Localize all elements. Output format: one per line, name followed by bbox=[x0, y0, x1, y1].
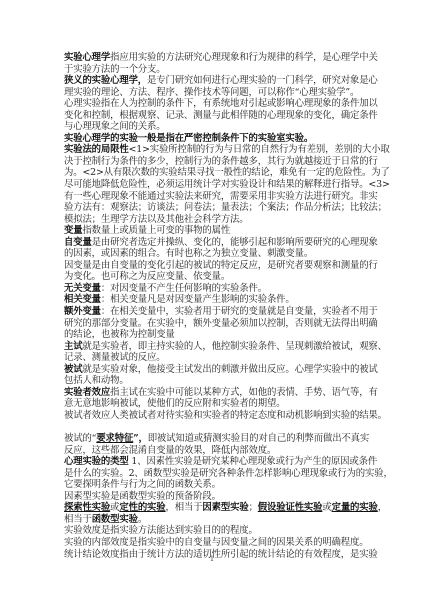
bold-term: 定性的实验 bbox=[119, 502, 165, 513]
text-run: 1、因素性实验是研究某种心理现象或行为产生的原因或条件 bbox=[129, 456, 378, 467]
bold-term: 探索性实验 bbox=[64, 502, 110, 513]
text-run: 尽可能地降低危险性，必须运用统计学对实验设计和结果的解释进行指导。<3> bbox=[64, 179, 390, 190]
bold-term: 假设验证性实验 bbox=[258, 502, 323, 513]
text-run: 是专门研究如何进行心理实验的一门科学，研究对象是心 bbox=[147, 75, 378, 86]
text-line: 心理实验指在人为控制的条件下，有系统地对引起或影响心理现象的条件加以 bbox=[64, 98, 358, 110]
text-run: 。 bbox=[138, 514, 147, 525]
text-line: 实验者效应指主试在实验中可能以某种方式，如他的表情、手势、语气等，有 bbox=[64, 387, 358, 399]
text-line: 无关变量：对因变量不产生任何影响的实验条件。 bbox=[64, 283, 358, 295]
text-run: <1>实验所控制的行为与日常的自然行为有差别，差别的大小取 bbox=[129, 144, 390, 155]
text-run: 验方法有：观察法；访谈法；问卷法；量表法；个案法；作品分析法；比较法； bbox=[64, 202, 387, 213]
text-line: 实验心理学指应用实验的方法研究心理现象和行为规律的科学，是心理学中关 bbox=[64, 52, 358, 64]
text-run: 就是实验对象，他接受主试发出的刺激并做出反应。心理学实验中的被试 bbox=[82, 364, 377, 375]
text-line: 实验心理学的实验一般是指在严密控制条件下的实验室实验。 bbox=[64, 133, 358, 145]
text-run: 就是实验者，即主持实验的人，他控制实验条件、呈现刺激给被试，观察、 bbox=[82, 341, 386, 352]
text-line: 实验效度是指实验方法能达到实验目的的程度。 bbox=[64, 525, 358, 537]
bold-term: 函数型实验 bbox=[92, 514, 138, 525]
text-line: 变化和控制，根据观察、记录、测量与此相伴随的心理现象的变化，确定条件 bbox=[64, 110, 358, 122]
text-run: 指数量上或质量上可变的事物的属性 bbox=[82, 225, 230, 236]
text-run: 因素型实验是函数型实验的预备阶段。 bbox=[64, 491, 221, 502]
bold-term: 额外变量 bbox=[64, 306, 101, 317]
text-run: ：在相关变量中，实验者用于研究的变量就是自变量，实验者不用于 bbox=[101, 306, 378, 317]
bold-term: 狭义的实验心理学， bbox=[64, 75, 147, 86]
text-line: 自变量是由研究者选定并操纵、变化的，能够引起和影响所要研究的心理现象 bbox=[64, 237, 358, 249]
bold-term: 心理实验的类型 bbox=[64, 456, 129, 467]
text-line: 实验法的局限性<1>实验所控制的行为与日常的自然行为有差别，差别的大小取 bbox=[64, 144, 358, 156]
text-run: 包括人和动物。 bbox=[64, 375, 129, 386]
text-line: 模拟法；生理学方法以及其他社会科学方法。 bbox=[64, 214, 358, 226]
text-run: 记录、测量被试的反应。 bbox=[64, 352, 165, 363]
text-run: 指应用实验的方法研究心理现象和行为规律的科学，是心理学中关 bbox=[110, 52, 378, 63]
text-line: 包括人和动物。 bbox=[64, 375, 358, 387]
text-run: 实验效度是指实验方法能达到实验目的的程度。 bbox=[64, 525, 258, 536]
text-run: 决于控制行为条件的多少，控制行为的条件越多，其行为就越接近于日常的行 bbox=[64, 156, 378, 167]
document-page: 实验心理学指应用实验的方法研究心理现象和行为规律的科学，是心理学中关于实验方法的… bbox=[64, 52, 358, 560]
text-line: 于实验方法的一个分支。 bbox=[64, 64, 358, 76]
text-line: 狭义的实验心理学，是专门研究如何进行心理实验的一门科学，研究对象是心 bbox=[64, 75, 358, 87]
text-run: 有一些心理现象不能通过实验法来研究，需要采用非实验方法进行研究。非实 bbox=[64, 191, 378, 202]
bold-term: 实验者效应 bbox=[64, 387, 110, 398]
text-run: 为变化。也可称之为反应变量、依变量。 bbox=[64, 271, 230, 282]
text-line: 理实验的理论、方法、程序、操作技术等问题，可以称作“心理实验学”。 bbox=[64, 87, 358, 99]
bold-term: 要求特征 bbox=[96, 433, 133, 444]
text-run: ：相关变量凡是对因变量产生影响的实验条件。 bbox=[101, 294, 295, 305]
text-line: 变量指数量上或质量上可变的事物的属性 bbox=[64, 225, 358, 237]
bold-term: 无关变量 bbox=[64, 283, 101, 294]
text-run: 因变量是由自变量的变化引起的被试的特定反应，是研究者要观察和测量的行 bbox=[64, 260, 378, 271]
text-line: 探索性实验或定性的实验，相当于因素型实验；假设验证性实验或定量的实验， bbox=[64, 502, 358, 514]
text-run: 理实验的理论、方法、程序、操作技术等问题，可以称作“心理实验学”。 bbox=[64, 87, 359, 98]
text-line: 实验的内部效度是指实验中的自变量与因变量之间的因果关系的明确程度。 bbox=[64, 537, 358, 549]
text-line: 意无意地影响被试，使他们的反应附和实验者的期望。 bbox=[64, 398, 358, 410]
text-run: ； bbox=[249, 502, 258, 513]
text-line: 为变化。也可称之为反应变量、依变量。 bbox=[64, 271, 358, 283]
text-run: 与心理现象之间的关系。 bbox=[64, 121, 165, 132]
text-line: 决于控制行为条件的多少，控制行为的条件越多，其行为就越接近于日常的行 bbox=[64, 156, 358, 168]
text-run: 的结论，也被称为控制变量 bbox=[64, 329, 175, 340]
bold-term: 实验心理学的实验一般是指在严密控制条件下的实验室实验。 bbox=[64, 133, 313, 144]
text-run: 变化和控制，根据观察、记录、测量与此相伴随的心理现象的变化，确定条件 bbox=[64, 110, 378, 121]
text-line: 记录、测量被试的反应。 bbox=[64, 352, 358, 364]
text-line: 相关变量：相关变量凡是对因变量产生影响的实验条件。 bbox=[64, 294, 358, 306]
text-run: 反应，这些都会混淆自变量的效果，降低内部效度。 bbox=[64, 445, 276, 456]
blank-line bbox=[64, 422, 358, 434]
bold-term: ”， bbox=[133, 433, 147, 444]
text-run: ：对因变量不产生任何影响的实验条件。 bbox=[101, 283, 267, 294]
bold-term: 变量 bbox=[64, 225, 82, 236]
bold-term: 相关变量 bbox=[64, 294, 101, 305]
text-line: 被试的“要求特征”，即被试知道或猜测实验目的对自己的利弊而做出不真实 bbox=[64, 433, 358, 445]
text-run: 研究的那部分变量。在实验中，额外变量必须加以控制，否则就无法得出明确 bbox=[64, 318, 378, 329]
text-line: 研究的那部分变量。在实验中，额外变量必须加以控制，否则就无法得出明确 bbox=[64, 318, 358, 330]
text-run: 被试的“ bbox=[64, 433, 96, 444]
text-run: 心理实验指在人为控制的条件下，有系统地对引起或影响心理现象的条件加以 bbox=[64, 98, 378, 109]
bold-term: 被试 bbox=[64, 364, 82, 375]
text-line: 被试就是实验对象，他接受主试发出的刺激并做出反应。心理学实验中的被试 bbox=[64, 364, 358, 376]
bold-term: 自变量 bbox=[64, 237, 92, 248]
text-line: 被试者效应人类被试者对待实验和实验者的特定态度和动机影响到实验的结果。 bbox=[64, 410, 358, 422]
text-run: 为。<2>从有限次数的实验结果寻找一般性的结论，难免有一定的危险性。为了 bbox=[64, 167, 390, 178]
text-run: 或 bbox=[110, 502, 119, 513]
text-line: 的结论，也被称为控制变量 bbox=[64, 329, 358, 341]
text-run: 的因素，或因素的组合。有时也称之为独立变量、刺激变量。 bbox=[64, 248, 313, 259]
text-run: ， bbox=[378, 502, 387, 513]
text-line: 心理实验的类型 1、因素性实验是研究某种心理现象或行为产生的原因或条件 bbox=[64, 456, 358, 468]
text-line: 尽可能地降低危险性，必须运用统计学对实验设计和结果的解释进行指导。<3> bbox=[64, 179, 358, 191]
text-line: 因变量是由自变量的变化引起的被试的特定反应，是研究者要观察和测量的行 bbox=[64, 260, 358, 272]
text-run: 是什么的实验。2、函数型实验是研究各种条件怎样影响心理现象或行为的实验， bbox=[64, 468, 393, 479]
text-line: 反应，这些都会混淆自变量的效果，降低内部效度。 bbox=[64, 445, 358, 457]
text-run: 即被试知道或猜测实验目的对自己的利弊而做出不真实 bbox=[148, 433, 369, 444]
bold-term: 主试 bbox=[64, 341, 82, 352]
text-line: 额外变量：在相关变量中，实验者用于研究的变量就是自变量，实验者不用于 bbox=[64, 306, 358, 318]
text-run: ，相当于 bbox=[166, 502, 203, 513]
bold-term: 定量的实验 bbox=[332, 502, 378, 513]
text-run: 它要探明条件与行为之间的函数关系。 bbox=[64, 479, 221, 490]
text-line: 验方法有：观察法；访谈法；问卷法；量表法；个案法；作品分析法；比较法； bbox=[64, 202, 358, 214]
bold-term: 实验心理学 bbox=[64, 52, 110, 63]
bold-term: 因素型实验 bbox=[202, 502, 248, 513]
bold-term: 实验法的局限性 bbox=[64, 144, 129, 155]
text-run: 或 bbox=[322, 502, 331, 513]
text-run: 实验的内部效度是指实验中的自变量与因变量之间的因果关系的明确程度。 bbox=[64, 537, 368, 548]
text-line: 与心理现象之间的关系。 bbox=[64, 121, 358, 133]
text-run: 被试者效应人类被试者对待实验和实验者的特定态度和动机影响到实验的结果。 bbox=[64, 410, 387, 421]
text-line: 是什么的实验。2、函数型实验是研究各种条件怎样影响心理现象或行为的实验， bbox=[64, 468, 358, 480]
text-line: 为。<2>从有限次数的实验结果寻找一般性的结论，难免有一定的危险性。为了 bbox=[64, 167, 358, 179]
text-line: 因素型实验是函数型实验的预备阶段。 bbox=[64, 491, 358, 503]
text-run: 是由研究者选定并操纵、变化的，能够引起和影响所要研究的心理现象 bbox=[92, 237, 378, 248]
text-line: 的因素，或因素的组合。有时也称之为独立变量、刺激变量。 bbox=[64, 248, 358, 260]
text-line: 相当于函数型实验。 bbox=[64, 514, 358, 526]
text-line: 它要探明条件与行为之间的函数关系。 bbox=[64, 479, 358, 491]
page-number: 1 bbox=[0, 555, 424, 563]
text-run: 模拟法；生理学方法以及其他社会科学方法。 bbox=[64, 214, 249, 225]
text-line: 主试就是实验者，即主持实验的人，他控制实验条件、呈现刺激给被试，观察、 bbox=[64, 341, 358, 353]
text-run: 意无意地影响被试，使他们的反应附和实验者的期望。 bbox=[64, 398, 285, 409]
text-run: 指主试在实验中可能以某种方式，如他的表情、手势、语气等，有 bbox=[110, 387, 378, 398]
text-run: 于实验方法的一个分支。 bbox=[64, 64, 165, 75]
text-run: 相当于 bbox=[64, 514, 92, 525]
text-line: 有一些心理现象不能通过实验法来研究，需要采用非实验方法进行研究。非实 bbox=[64, 191, 358, 203]
